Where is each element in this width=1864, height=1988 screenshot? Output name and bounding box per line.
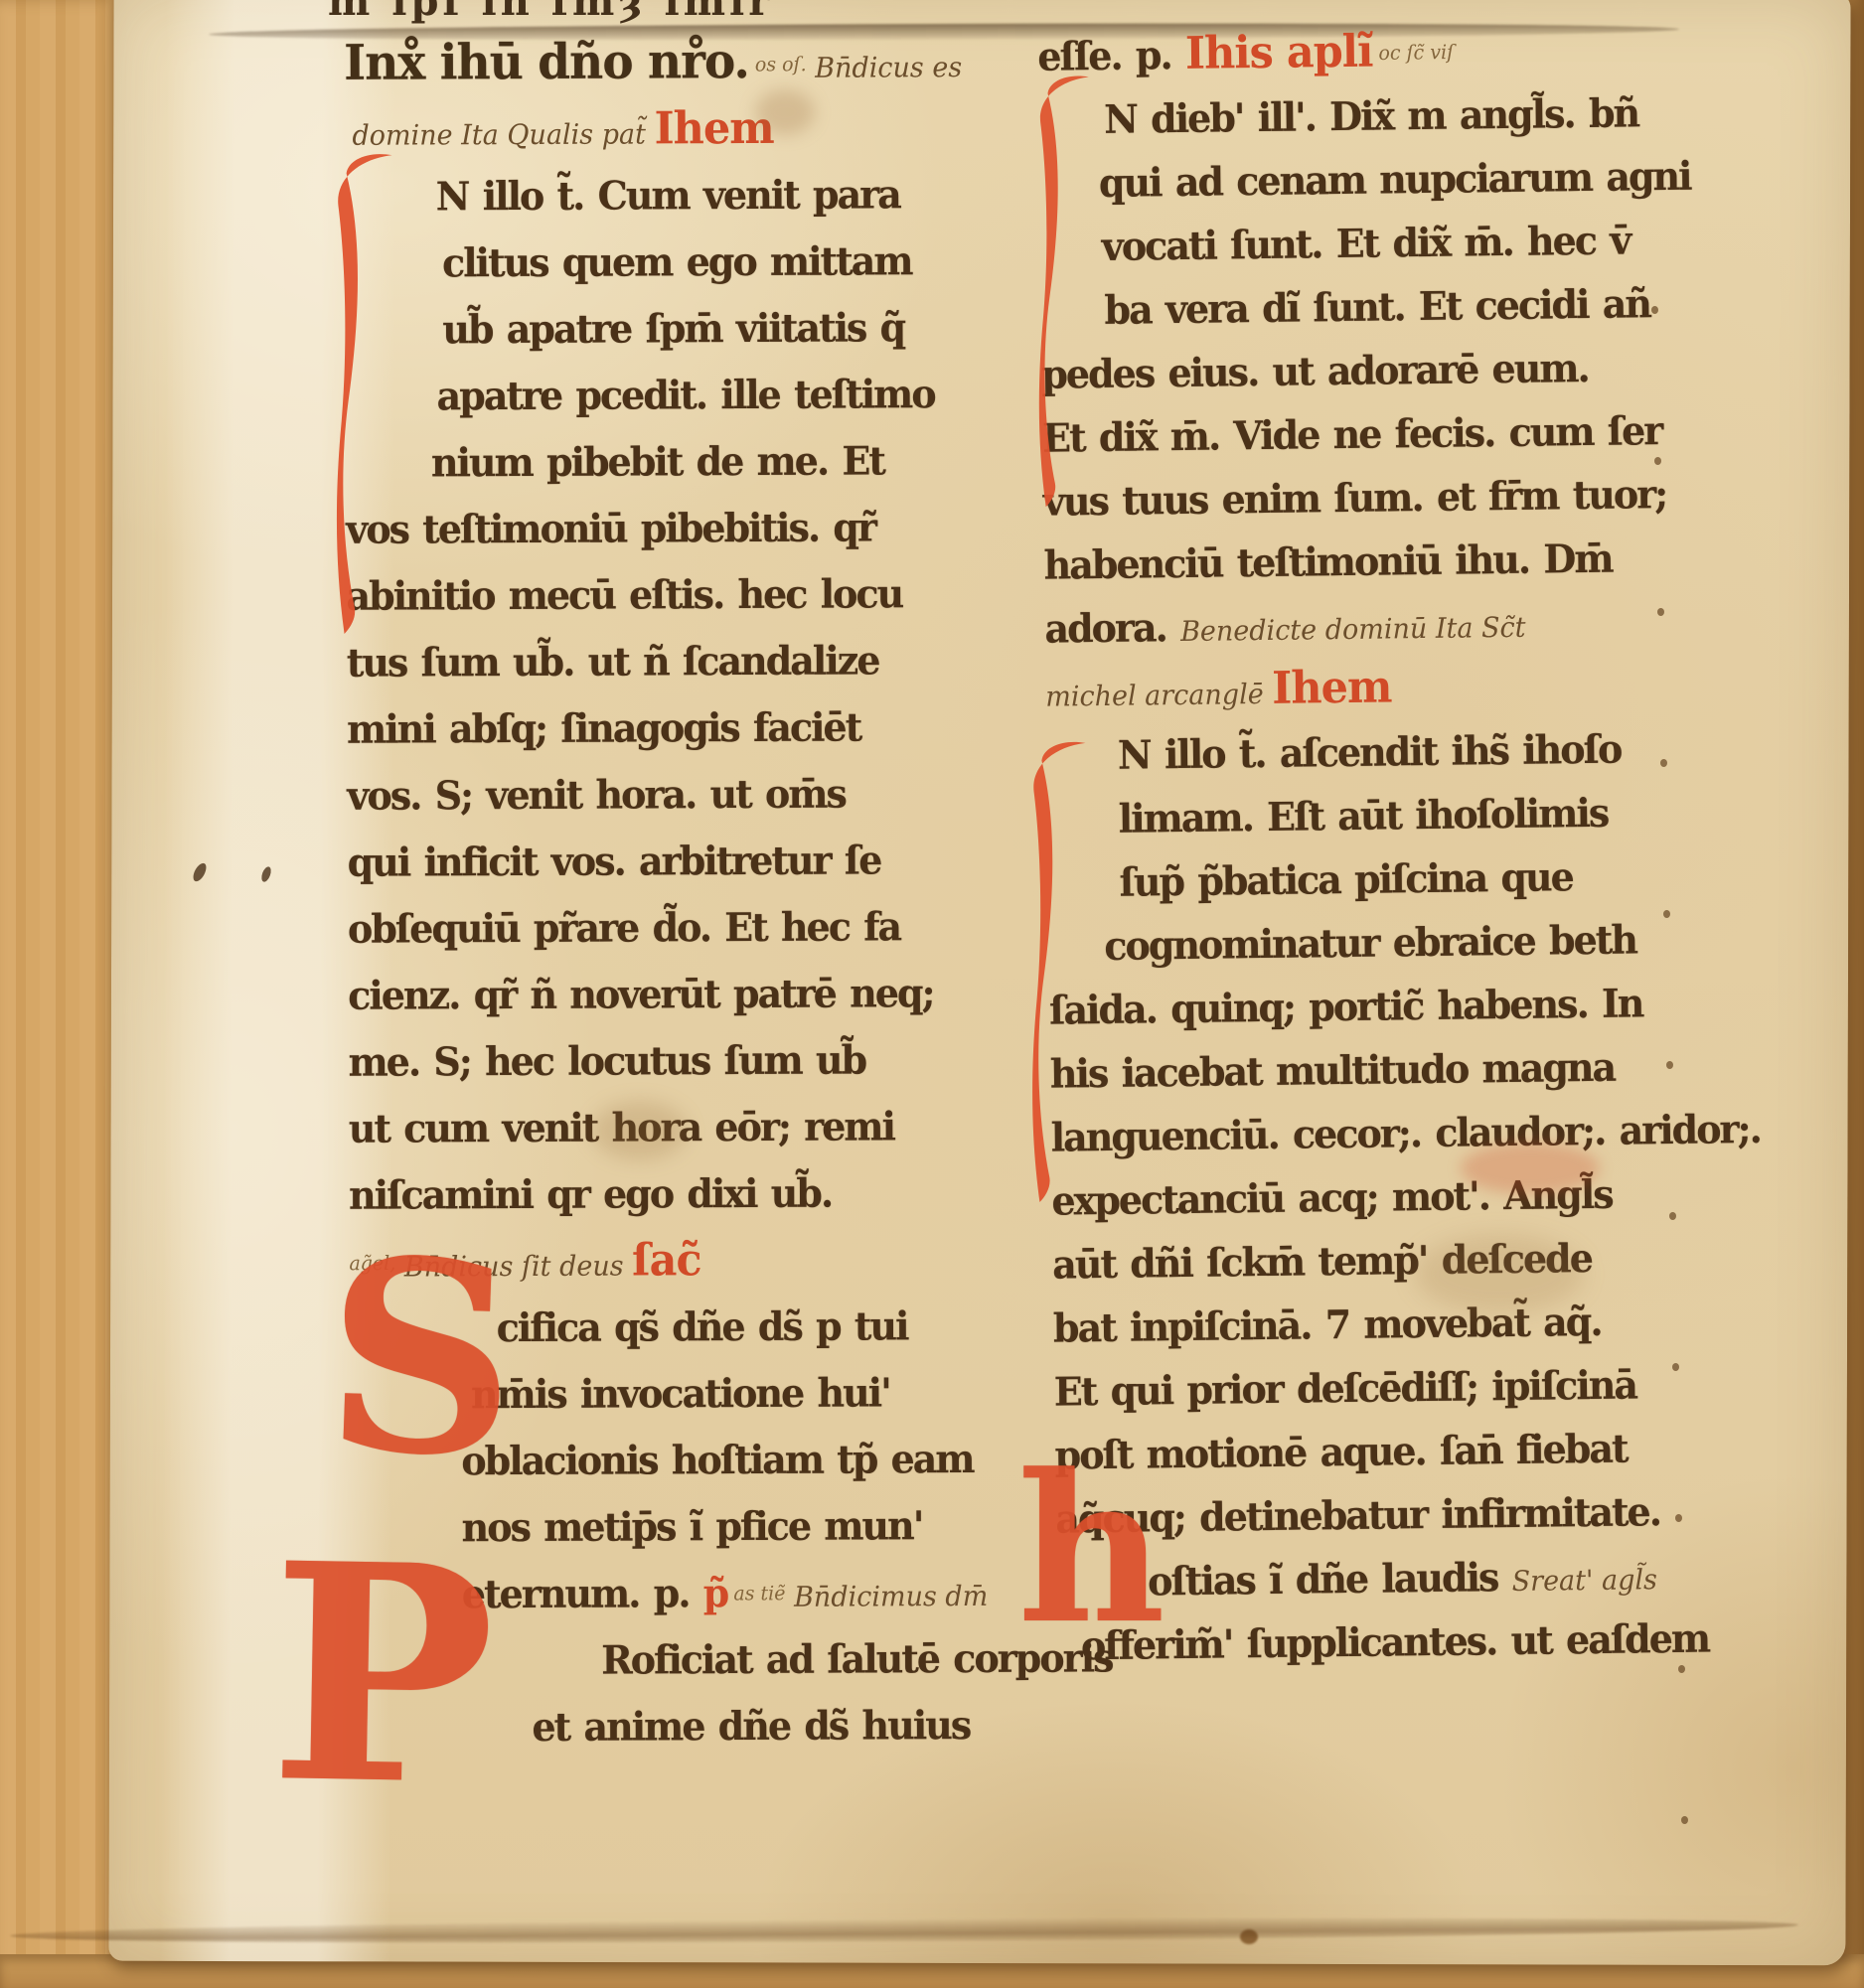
text-segment-g: ub̃ apatre ſpm̄ viitatis q̃: [442, 304, 904, 353]
initial-I-left-column: [334, 149, 395, 636]
initial-I-right-column-second: [1027, 737, 1091, 1204]
text-line: mini abſq; ſinagogis faciēt: [347, 695, 824, 767]
book-board-left-edge: [0, 0, 121, 1988]
text-line: aūt dñi ſckm̄ temp̃' deſcede: [1052, 1227, 1630, 1300]
text-segment-g: aūt dñi ſckm̄ temp̃' deſcede: [1052, 1235, 1592, 1288]
text-line: pedes eius. ut adorarē eum.: [1041, 337, 1619, 410]
text-segment-g: ba vera dĩ ſunt. Et cecidi añ: [1104, 280, 1650, 334]
text-line: Et qui prior deſcēdiſſ; ipiſcinā: [1053, 1354, 1631, 1428]
text-segment-g: adora.: [1044, 604, 1180, 652]
text-segment-g: vos teſtimoniū pibebitis. qr̃: [346, 504, 875, 552]
text-segment-g: pedes eius. ut adorarē eum.: [1041, 345, 1589, 398]
text-line: obſequiū pr̃are d̃o. Et hec fa: [348, 895, 825, 967]
text-segment-c: Bn̄dicus es: [807, 52, 963, 84]
text-segment-r: p̃: [703, 1570, 728, 1616]
text-segment-g: vos. S; venit hora. ut om̄s: [347, 770, 846, 819]
text-line: languenciū. cecor;. claudor;. aridor;.: [1050, 1100, 1628, 1173]
text-line: qui inficit vos. arbitretur ſe: [348, 829, 825, 900]
text-line: bat inpiſcinā. 7 movebat̃ aq̃.: [1053, 1291, 1631, 1364]
text-segment-c: Benedicte dominū Ita Sc̃t: [1180, 612, 1526, 648]
text-line: ſup̃ p̃batica piſcina que: [1047, 845, 1625, 919]
initial-I-right-column-first: [1035, 72, 1093, 509]
text-line: limam. Eſt aūt ihoſolimis: [1046, 782, 1624, 855]
text-segment-g: qui ad cenam nupciarum agni: [1099, 152, 1691, 206]
text-segment-g: limam. Eſt aūt ihoſolimis: [1118, 789, 1608, 841]
text-segment-g: N illo t̃. Cum venit para: [436, 171, 900, 220]
text-line: his iacebat multitudo magna: [1050, 1036, 1628, 1110]
text-line: vocati ſunt. Et dix̃ m̄. hec v̄: [1039, 210, 1617, 283]
text-segment-g: obſequiū pr̃are d̃o. Et hec fa: [348, 903, 900, 952]
initial-P-postcommunion: P: [268, 1554, 497, 1796]
text-line: clitus quem ego mittam: [345, 229, 822, 301]
text-line: michel arcanglē Ihem: [1045, 655, 1623, 728]
text-line: eſſe. p. Ihis aplĩ oc ſc̃ viſ: [1037, 19, 1615, 92]
text-line: apatre pcedit. ille teſtimo: [345, 363, 822, 434]
text-segment-rh: Ihem: [1272, 662, 1392, 714]
text-segment-rh: ſac̃: [632, 1235, 701, 1287]
text-line: qui ad cenam nupciarum agni: [1039, 146, 1617, 220]
text-segment-g: bat inpiſcinā. 7 movebat̃ aq̃.: [1053, 1298, 1602, 1351]
text-segment-cs: os oſ.: [749, 54, 807, 76]
text-line: me. S; hec locutus ſum ub̃: [348, 1028, 825, 1100]
text-segment-g: eternum. p.: [462, 1570, 703, 1617]
text-segment-g: ſaida. quinq; portic̃ habens. In: [1049, 980, 1643, 1033]
text-segment-g: abinitio mecū eſtis. hec locu: [346, 570, 902, 619]
text-segment-c: Bn̄dicimus dm̄: [785, 1581, 988, 1613]
manuscript-photo: m ıpſ ın ſmȝ ımır Inx̊ ihū dño nr̊o. os …: [0, 0, 1864, 1988]
initial-S-secret-prayer: S: [322, 1251, 520, 1468]
text-segment-c: Sreat' agl̃s: [1511, 1564, 1657, 1598]
text-line: vos teſtimoniū pibebitis. qr̃: [346, 496, 823, 567]
text-segment-c: domine Ita Qualis pat̃: [352, 118, 654, 152]
text-line: nium pibebit de me. Et: [346, 429, 823, 501]
text-segment-g: cifica qs̃ dñe ds̃ p tui: [497, 1302, 908, 1351]
text-line: ſaida. quinq; portic̃ habens. In: [1049, 973, 1627, 1046]
text-line: cienz. qr̃ ñ noverūt patrē neq;: [348, 962, 825, 1033]
text-segment-g: tus ſum ub̃. ut ñ ſcandalize: [347, 637, 879, 686]
text-line: Inx̊ ihū dño nr̊o. os oſ. Bn̄dicus es: [344, 30, 821, 101]
text-line: adora. Benedicte dominū Ita Sc̃t: [1044, 591, 1622, 665]
text-segment-g: expectanciū acq; mot'. Angl̃s: [1051, 1170, 1613, 1224]
text-segment-g: mini abſq; ſinagogis faciēt: [347, 703, 860, 752]
text-segment-g: ſup̃ p̃batica piſcina que: [1119, 853, 1573, 905]
text-segment-g: vus tuus enim ſum. et fr̄m tuor;: [1043, 471, 1667, 525]
text-segment-c: michel arcanglē: [1045, 679, 1272, 713]
text-segment-g: me. S; hec locutus ſum ub̃: [348, 1036, 865, 1085]
text-line: cognominatur ebraice beth: [1048, 909, 1626, 983]
text-segment-g: cognominatur ebraice beth: [1104, 916, 1636, 969]
text-segment-g: cienz. qr̃ ñ noverūt patrē neq;: [348, 970, 934, 1018]
text-line: N illo t̃. aſcendit ihs̃ ihoſo: [1046, 718, 1624, 792]
text-line: domine Ita Qualis pat̃ Ihem: [344, 96, 821, 168]
text-segment-g: N illo t̃. aſcendit ihs̃ ihoſo: [1118, 725, 1622, 778]
text-segment-cs: as tiẽ: [727, 1583, 785, 1606]
text-segment-g: ut cum venit hora eōr; remi: [349, 1103, 894, 1151]
text-line: vos. S; venit hora. ut om̄s: [347, 762, 824, 834]
text-segment-g: qui inficit vos. arbitretur ſe: [348, 837, 881, 885]
text-segment-g: languenciū. cecor;. claudor;. aridor;.: [1050, 1105, 1761, 1160]
text-segment-g: habenciū teſtimoniū ihu. Dm̄: [1043, 535, 1612, 588]
text-segment-hdr: Inx̊ ihū dño nr̊o.: [344, 33, 749, 91]
text-segment-g: apatre pcedit. ille teſtimo: [436, 371, 934, 419]
text-segment-g: oblacionis hoſtiam tp̃ eam: [461, 1436, 974, 1484]
text-segment-g: Et dix̃ m̄. Vide ne fecis. cum ſer: [1042, 407, 1662, 461]
text-segment-g: his iacebat multitudo magna: [1050, 1043, 1616, 1097]
text-line: ba vera dĩ ſunt. Et cecidi añ: [1040, 273, 1618, 347]
text-line: Et dix̃ m̄. Vide ne fecis. cum ſer: [1042, 400, 1620, 474]
text-line: N illo t̃. Cum venit para: [345, 163, 822, 234]
text-line: habenciū teſtimoniū ihu. Dm̄: [1043, 528, 1621, 601]
text-segment-g: oſtias ĩ dñe laudis: [1148, 1554, 1512, 1605]
text-line: ut cum venit hora eōr; remi: [349, 1095, 826, 1166]
text-line: vus tuus enim ſum. et fr̄m tuor;: [1042, 464, 1620, 537]
text-segment-rh: Ihis aplĩ: [1185, 26, 1373, 79]
text-segment-rh: Ihem: [654, 102, 773, 155]
text-segment-g: Et qui prior deſcēdiſſ; ipiſcinā: [1054, 1361, 1637, 1415]
text-segment-g: clitus quem ego mittam: [442, 237, 912, 286]
text-line: abinitio mecū eſtis. hec locu: [346, 562, 823, 634]
text-segment-g: vocati ſunt. Et dix̃ m̄. hec v̄: [1101, 217, 1630, 269]
text-segment-cs: oc ſc̃ viſ: [1372, 41, 1454, 65]
text-line: ub̃ apatre ſpm̄ viitatis q̃: [345, 296, 822, 368]
text-segment-g: nm̄is invocatione hui': [471, 1369, 890, 1418]
text-segment-g: N dieb' ill'. Dix̃ m angl̃s. bñ: [1104, 89, 1639, 142]
text-segment-g: nos metip̄s ĩ pfice mun': [461, 1502, 922, 1551]
text-segment-g: nium pibebit de me. Et: [431, 437, 884, 486]
text-line: N dieb' ill'. Dix̃ m angl̃s. bñ: [1038, 82, 1616, 156]
text-line: tus ſum ub̃. ut ñ ſcandalize: [347, 629, 824, 700]
text-line: expectanciū acq; mot'. Angl̃s: [1051, 1163, 1629, 1237]
text-segment-g: offerim̃' ſupplicantes. ut eaſdem: [1081, 1614, 1710, 1669]
text-segment-g: et anime dñe ds̃ huius: [532, 1702, 970, 1751]
initial-h-hostias-prayer: h: [1017, 1468, 1165, 1631]
